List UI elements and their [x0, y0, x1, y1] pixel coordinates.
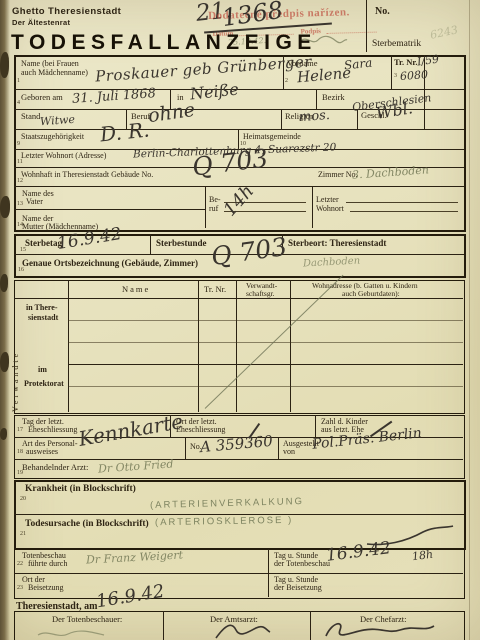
beisetzung-ort-label-2: Beisetzung	[28, 584, 64, 593]
no-label: No.	[375, 6, 390, 17]
gebaeude-label: Wohnhaft in Theresienstadt Gebäude No.	[21, 171, 153, 180]
group-protektorat-1: im	[38, 366, 47, 375]
field-num: 18	[17, 449, 23, 455]
field-num: 22	[17, 561, 23, 567]
field-num: 2	[285, 78, 288, 84]
paper-fold-line	[469, 0, 470, 640]
sterbematrik-value: 6243	[429, 24, 459, 41]
stand-label: Stand	[21, 112, 40, 121]
group-protektorat-2: Protektorat	[24, 380, 64, 389]
paper-tear-mark	[0, 52, 9, 78]
trnr-label: Tr. Nr.	[394, 58, 418, 67]
arzt-label: Behandelnder Arzt:	[22, 463, 88, 472]
group-theresienstadt-2: sienstadt	[28, 314, 58, 323]
staat-label: Staatszugehörigkeit	[21, 133, 84, 142]
chefarzt-signature	[322, 618, 437, 640]
relatives-table	[14, 280, 465, 414]
form-title: TODESFALLANZEIGE	[11, 31, 317, 54]
field-num: 14	[17, 222, 23, 228]
field-num: 12	[17, 178, 23, 184]
field-num: 20	[20, 496, 26, 502]
beisetzung-zeit-label-2: der Beisetzung	[274, 584, 322, 593]
staat-value: D. R.	[99, 119, 150, 144]
paper-tear-mark	[0, 428, 7, 440]
sterbeort-label: Sterbeort: Theresienstadt	[288, 239, 386, 249]
trnr-value2: 6080	[400, 69, 429, 82]
name-label: Name (bei Frauen auch Mädchenname)	[21, 60, 93, 78]
field-num: 19	[17, 470, 23, 476]
bezirk-label: Bezirk	[322, 93, 345, 102]
side-label-verwandte: Verwandte	[12, 351, 21, 412]
beschau-zeit-value2: 18h	[411, 549, 433, 562]
ort-label: Genaue Ortsbezeichnung (Gebäude, Zimmer)	[22, 259, 198, 269]
org-name: Ghetto Theresienstadt	[12, 7, 121, 17]
beschau-zeit-label-2: der Totenbeschau	[274, 560, 330, 569]
field-num: 11	[17, 159, 23, 165]
scan-left-edge	[0, 0, 10, 640]
krankheit-label: Krankheit (in Blockschrift)	[25, 484, 136, 494]
field-num: 21	[20, 531, 26, 537]
ausgestellt-label-2: von	[283, 448, 295, 457]
col-verwandt-2: schaftsgr.	[246, 290, 275, 298]
totenbeschau-box	[14, 549, 465, 599]
field-num: 15	[20, 247, 26, 253]
trnr-value: I/59	[416, 54, 439, 68]
beruf-col-2: ruf	[209, 205, 218, 214]
ehe-tag-label-2: Eheschliessung	[28, 426, 77, 435]
sterbematrik-label: Sterbematrik	[372, 39, 421, 49]
heimat-label: Heimatsgemeinde	[243, 133, 301, 142]
totenbeschauer-label: Der Totenbeschauer:	[52, 615, 122, 624]
wohnort-col-2: Wohnort	[316, 205, 344, 214]
col-trnr: Tr. Nr.	[204, 285, 226, 294]
todesursache-value: (ARTERIOSKLEROSE )	[155, 516, 293, 528]
vater-label-2: Vater	[26, 198, 43, 207]
wohnort-label: Letzter Wohnort (Adresse)	[21, 152, 106, 161]
paper-tear-mark	[0, 352, 9, 372]
field-num: 4	[17, 100, 20, 106]
vorname-added-name: Sara	[343, 57, 372, 72]
field-num: 17	[17, 427, 23, 433]
col-name: Name	[122, 285, 150, 294]
ausweis-label-2: ausweises	[26, 448, 58, 457]
field-num: 9	[17, 141, 20, 147]
geboren-label: Geboren am	[21, 93, 63, 102]
paper-tear-mark	[0, 274, 8, 292]
field-num: 23	[17, 585, 23, 591]
religion-value: mos.	[299, 109, 331, 124]
sterbestunde-label: Sterbestunde	[156, 239, 207, 249]
totenbeschauer-signature	[36, 627, 106, 640]
field-num: 16	[18, 267, 24, 273]
field-num: 3	[394, 73, 397, 79]
paper-tear-mark	[0, 196, 10, 218]
todesfallanzeige-form-scan: Ghetto Theresienstadt Der Ältestenrat 21…	[0, 0, 480, 640]
stand-value: Witwe	[40, 114, 76, 127]
group-theresienstadt-1: in There-	[26, 304, 57, 313]
col-adresse-2: auch Geburtdaten):	[342, 290, 400, 298]
amtsarzt-signature	[212, 622, 272, 640]
totenbeschau-label-2: führte durch	[28, 560, 67, 569]
todesursache-label: Todesursache (in Blockschrift)	[25, 519, 149, 529]
field-num: 1	[17, 78, 20, 84]
header-divider	[366, 0, 367, 52]
field-num: 13	[17, 201, 23, 207]
org-subtitle: Der Ältestenrat	[12, 19, 70, 27]
